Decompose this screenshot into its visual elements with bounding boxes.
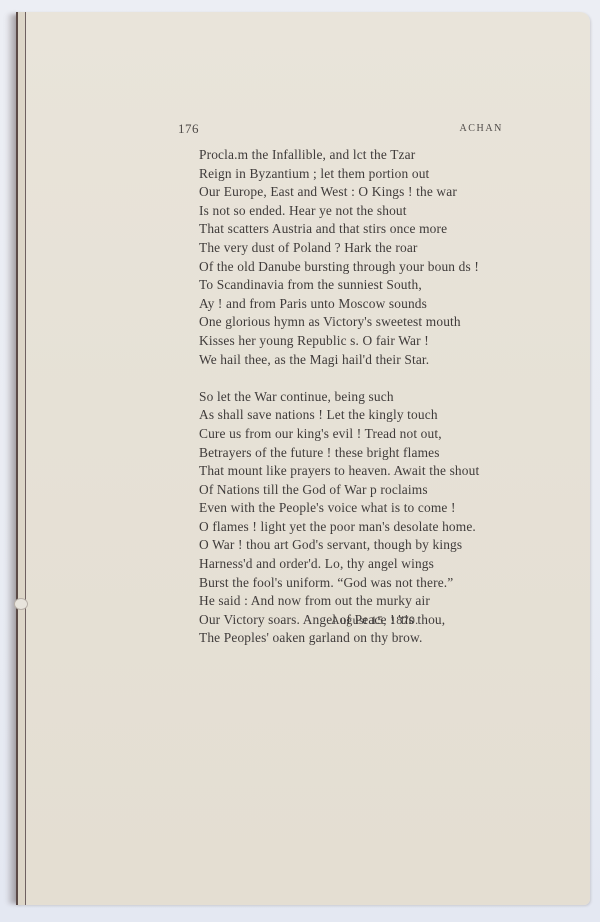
deckled-page-edge [16, 12, 26, 905]
poem-line: Cure us from our king's evil ! Tread not… [199, 425, 539, 444]
page-number: 176 [178, 121, 199, 137]
page-edge-tear [14, 598, 28, 610]
poem-line: The Peoples' oaken garland on thy brow. [199, 629, 539, 648]
poem-line: Burst the fool's uniform. “God was not t… [199, 574, 539, 593]
dateline: August 15, 1870. [331, 613, 418, 628]
poem-line: To Scandinavia from the sunniest South, [199, 276, 539, 295]
poem-body: Procla.m the Infallible, and lct the Tza… [199, 146, 539, 648]
stanza-2: So let the War continue, being such As s… [199, 388, 539, 648]
poem-line: Betrayers of the future ! these bright f… [199, 444, 539, 463]
poem-line: The very dust of Poland ? Hark the roar [199, 239, 539, 258]
poem-line: Is not so ended. Hear ye not the shout [199, 202, 539, 221]
poem-line: Of Nations till the God of War p roclaim… [199, 481, 539, 500]
poem-line: That scatters Austria and that stirs onc… [199, 220, 539, 239]
poem-line: O War ! thou art God's servant, though b… [199, 536, 539, 555]
poem-line: Of the old Danube bursting through your … [199, 258, 539, 277]
poem-line: We hail thee, as the Magi hail'd their S… [199, 351, 539, 370]
poem-line: Reign in Byzantium ; let them portion ou… [199, 165, 539, 184]
poem-line: He said : And now from out the murky air [199, 592, 539, 611]
stanza-1: Procla.m the Infallible, and lct the Tza… [199, 146, 539, 369]
poem-line: Kisses her young Republic s. O fair War … [199, 332, 539, 351]
poem-line: Procla.m the Infallible, and lct the Tza… [199, 146, 539, 165]
poem-line: As shall save nations ! Let the kingly t… [199, 406, 539, 425]
running-header-title: ACHAN [459, 123, 503, 134]
poem-line: Our Europe, East and West : O Kings ! th… [199, 183, 539, 202]
poem-line: Harness'd and order'd. Lo, thy angel win… [199, 555, 539, 574]
poem-line: O flames ! light yet the poor man's deso… [199, 518, 539, 537]
poem-line: Ay ! and from Paris unto Moscow sounds [199, 295, 539, 314]
poem-line: So let the War continue, being such [199, 388, 539, 407]
poem-line: Even with the People's voice what is to … [199, 499, 539, 518]
running-header: 176 ACHAN [178, 121, 503, 139]
poem-line: That mount like prayers to heaven. Await… [199, 462, 539, 481]
poem-line: One glorious hymn as Victory's sweetest … [199, 313, 539, 332]
